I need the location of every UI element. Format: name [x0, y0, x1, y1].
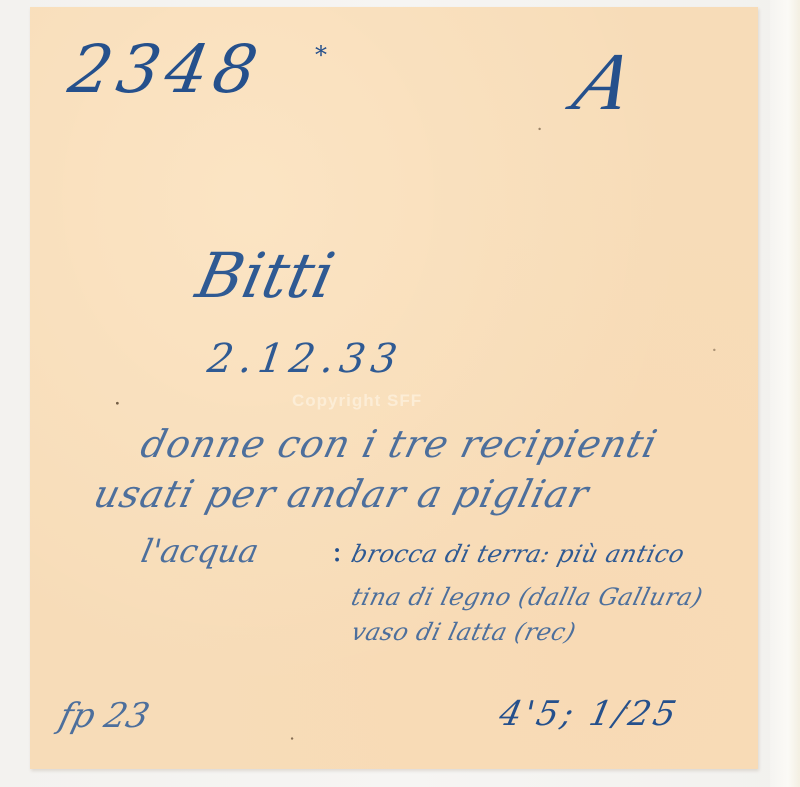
catalog-number: 2348 — [64, 37, 268, 103]
backing-board-edge — [770, 0, 800, 787]
description-line: donne con i tre recipienti — [137, 425, 661, 463]
scanned-page: 2348 * A Bitti 2.12.33 Copyright SFF don… — [0, 0, 800, 787]
copyright-watermark: Copyright SFF — [292, 391, 422, 411]
exposure-settings: 4'5; 1/25 — [496, 697, 681, 731]
star-mark: * — [315, 43, 327, 67]
place-name: Bitti — [191, 245, 339, 307]
photo-reference: fp 23 — [56, 699, 153, 733]
description-line: usati per andar a pigliar — [90, 475, 593, 513]
index-card: 2348 * A Bitti 2.12.33 Copyright SFF don… — [30, 7, 758, 769]
container-item: tina di legno (dalla Gallura) — [349, 585, 705, 609]
record-date: 2.12.33 — [205, 339, 405, 379]
label-separator: : — [332, 537, 342, 567]
series-letter: A — [565, 41, 642, 123]
container-item: vaso di latta (rec) — [349, 620, 578, 644]
container-item: brocca di terra: più antico — [349, 542, 687, 566]
description-label: l'acqua — [139, 535, 262, 567]
